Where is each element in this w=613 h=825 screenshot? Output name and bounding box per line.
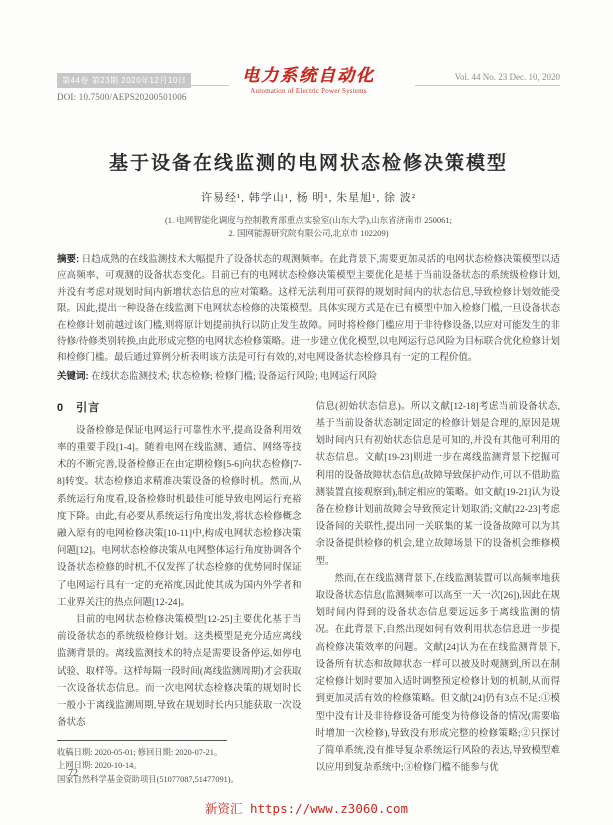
body-columns: 0引言 设备检修是保证电网运行可靠性水平,提高设备利用效率的重要手段[1-4]。… — [57, 399, 560, 786]
affiliation-1: (1. 电网智能化调度与控制教育部重点实验室(山东大学),山东省济南市 2500… — [57, 214, 560, 227]
section-number: 0 — [57, 402, 64, 414]
paragraph: 然而,在在线监测背景下,在线监测装置可以高频率地获取设备状态信息(监测频率可以高… — [316, 571, 561, 777]
footnote-line: 收稿日期: 2020-05-01; 修回日期: 2020-07-21。 — [57, 746, 227, 760]
affiliation-2: 2. 国网能源研究院有限公司,北京市 102209) — [57, 227, 560, 240]
watermark-link[interactable]: 新资汇 https://www.z3060.com — [0, 799, 613, 817]
footnote-line: 国家自然科学基金资助项目(51077087,51477091)。 — [57, 773, 227, 787]
paragraph: 设备检修是保证电网运行可靠性水平,提高设备利用效率的重要手段[1-4]。随着电网… — [57, 423, 302, 612]
abstract: 摘要: 日趋成熟的在线监测技术大幅提升了设备状态的观测频率。在此背景下,需要更加… — [57, 252, 560, 367]
section-heading: 0引言 — [57, 399, 302, 415]
journal-name-cn: 电力系统自动化 — [204, 66, 414, 85]
journal-header: 第44卷 第23期 2020年12月10日 DOI: 10.7500/AEPS2… — [57, 66, 560, 112]
journal-logo: 电力系统自动化 Automation of Electric Power Sys… — [204, 66, 414, 95]
keywords-text: 在线状态监测技术; 状态检修; 检修门槛; 设备运行风险; 电网运行风险 — [91, 372, 377, 382]
abstract-text: 日趋成熟的在线监测技术大幅提升了设备状态的观测频率。在此背景下,需要更加灵活的电… — [57, 255, 560, 363]
paragraph: 目前的电网状态检修决策模型[12-25]主要优化基于当前设备状态的系统级检修计划… — [57, 612, 302, 732]
author-line: 许易经¹, 韩学山¹, 杨 明¹, 朱星旭¹, 徐 波² — [57, 189, 560, 205]
article-title: 基于设备在线监测的电网状态检修决策模型 — [57, 148, 560, 175]
page-content: 第44卷 第23期 2020年12月10日 DOI: 10.7500/AEPS2… — [57, 0, 560, 786]
header-rule-right — [415, 85, 560, 86]
section-title: 引言 — [76, 402, 100, 414]
footnote-block: 收稿日期: 2020-05-01; 修回日期: 2020-07-21。 上网日期… — [57, 740, 227, 787]
page-number: 72 — [68, 768, 78, 779]
keywords: 关键词: 在线状态监测技术; 状态检修; 检修门槛; 设备运行风险; 电网运行风… — [57, 369, 560, 385]
issue-badge: 第44卷 第23期 2020年12月10日 — [57, 73, 191, 88]
journal-name-en: Automation of Electric Power Systems — [204, 87, 414, 95]
paper-page: 第44卷 第23期 2020年12月10日 DOI: 10.7500/AEPS2… — [0, 0, 613, 825]
abstract-label: 摘要: — [57, 254, 79, 265]
left-column: 0引言 设备检修是保证电网运行可靠性水平,提高设备利用效率的重要手段[1-4]。… — [57, 399, 302, 786]
paragraph: 信息(初始状态信息)。所以文献[12-18]考虑当前设备状态,基于当前设备状态制… — [316, 399, 561, 571]
right-column: 信息(初始状态信息)。所以文献[12-18]考虑当前设备状态,基于当前设备状态制… — [316, 399, 561, 786]
footnote-line: 上网日期: 2020-10-14。 — [57, 759, 227, 773]
keywords-label: 关键词: — [57, 371, 89, 382]
volume-info: Vol. 44 No. 23 Dec. 10, 2020 — [455, 72, 560, 82]
